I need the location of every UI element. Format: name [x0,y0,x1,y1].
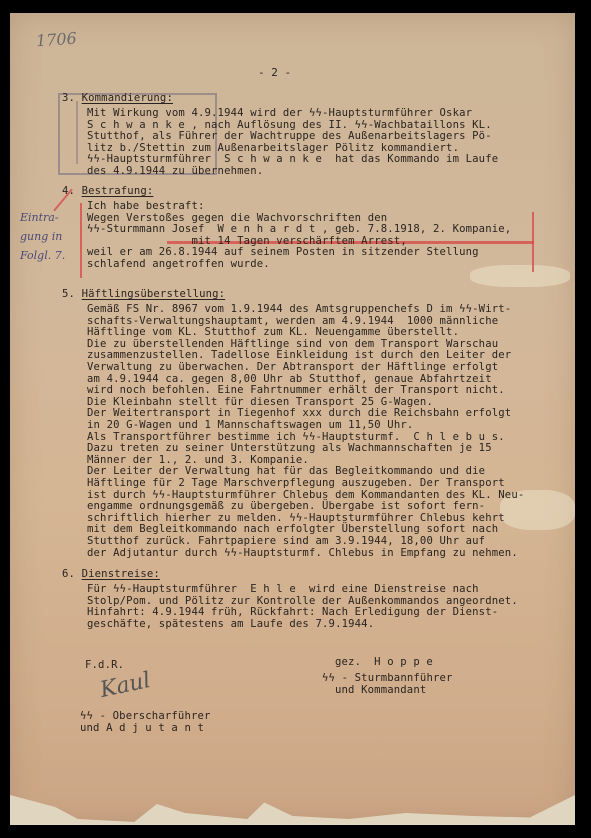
text-line: Mit Wirkung vom 4.9.1944 wird der ϟϟ-Hau… [87,108,472,120]
text-line: Für ϟϟ-Hauptsturmführer E h l e wird ein… [87,584,479,596]
archive-number: 1706 [35,29,77,51]
text-line: Ich habe bestraft: [87,201,205,213]
page-number: - 2 - [258,66,291,79]
section-5-heading: 5. Häftlingsüberstellung: [62,289,225,301]
right-signer-title: und Kommandant [335,685,426,697]
text-line: des 4.9.1944 zu übernehmen. [87,166,263,178]
margin-handwritten-note: Eintra- gung in Folgl. 7. [20,208,70,265]
fdr-label: F.d.R. [85,660,124,672]
section-4-heading: 4. Bestrafung: [62,186,153,198]
text-line: schlafend angetroffen wurde. [87,259,270,271]
faded-stamp-line [68,101,78,164]
left-signer-rank: ϟϟ - Oberscharführer [80,711,211,723]
text-line: geschäfte, spätestens am Laufe des 7.9.1… [87,619,374,631]
text-line: Stutthof zurück. Fahrtpapiere sind am 3.… [87,536,485,548]
paper-crease [470,265,570,287]
right-signer-name: gez. H o p p e [335,657,433,669]
text-line: Häftlinge für 2 Tage Marschverpflegung a… [87,478,505,490]
left-signer-title: und A d j u t a n t [80,723,204,735]
text-line: in 20 G-Wagen und 1 Mannschaftswagen um … [87,420,413,432]
right-signer-rank: ϟϟ - Sturmbannführer [322,673,453,685]
section-6-heading: 6. Dienstreise: [62,569,160,581]
section-3-heading: 3. Kommandierung: [62,93,173,105]
red-pencil-margin-line [80,203,82,278]
text-line: Gemäß FS Nr. 8967 vom 1.9.1944 des Amtsg… [87,304,511,316]
text-line: Verwaltung zu überwachen. Der Abtranspor… [87,362,498,374]
text-line: der Adjutantur durch ϟϟ-Hauptsturmf. Chl… [87,548,518,560]
